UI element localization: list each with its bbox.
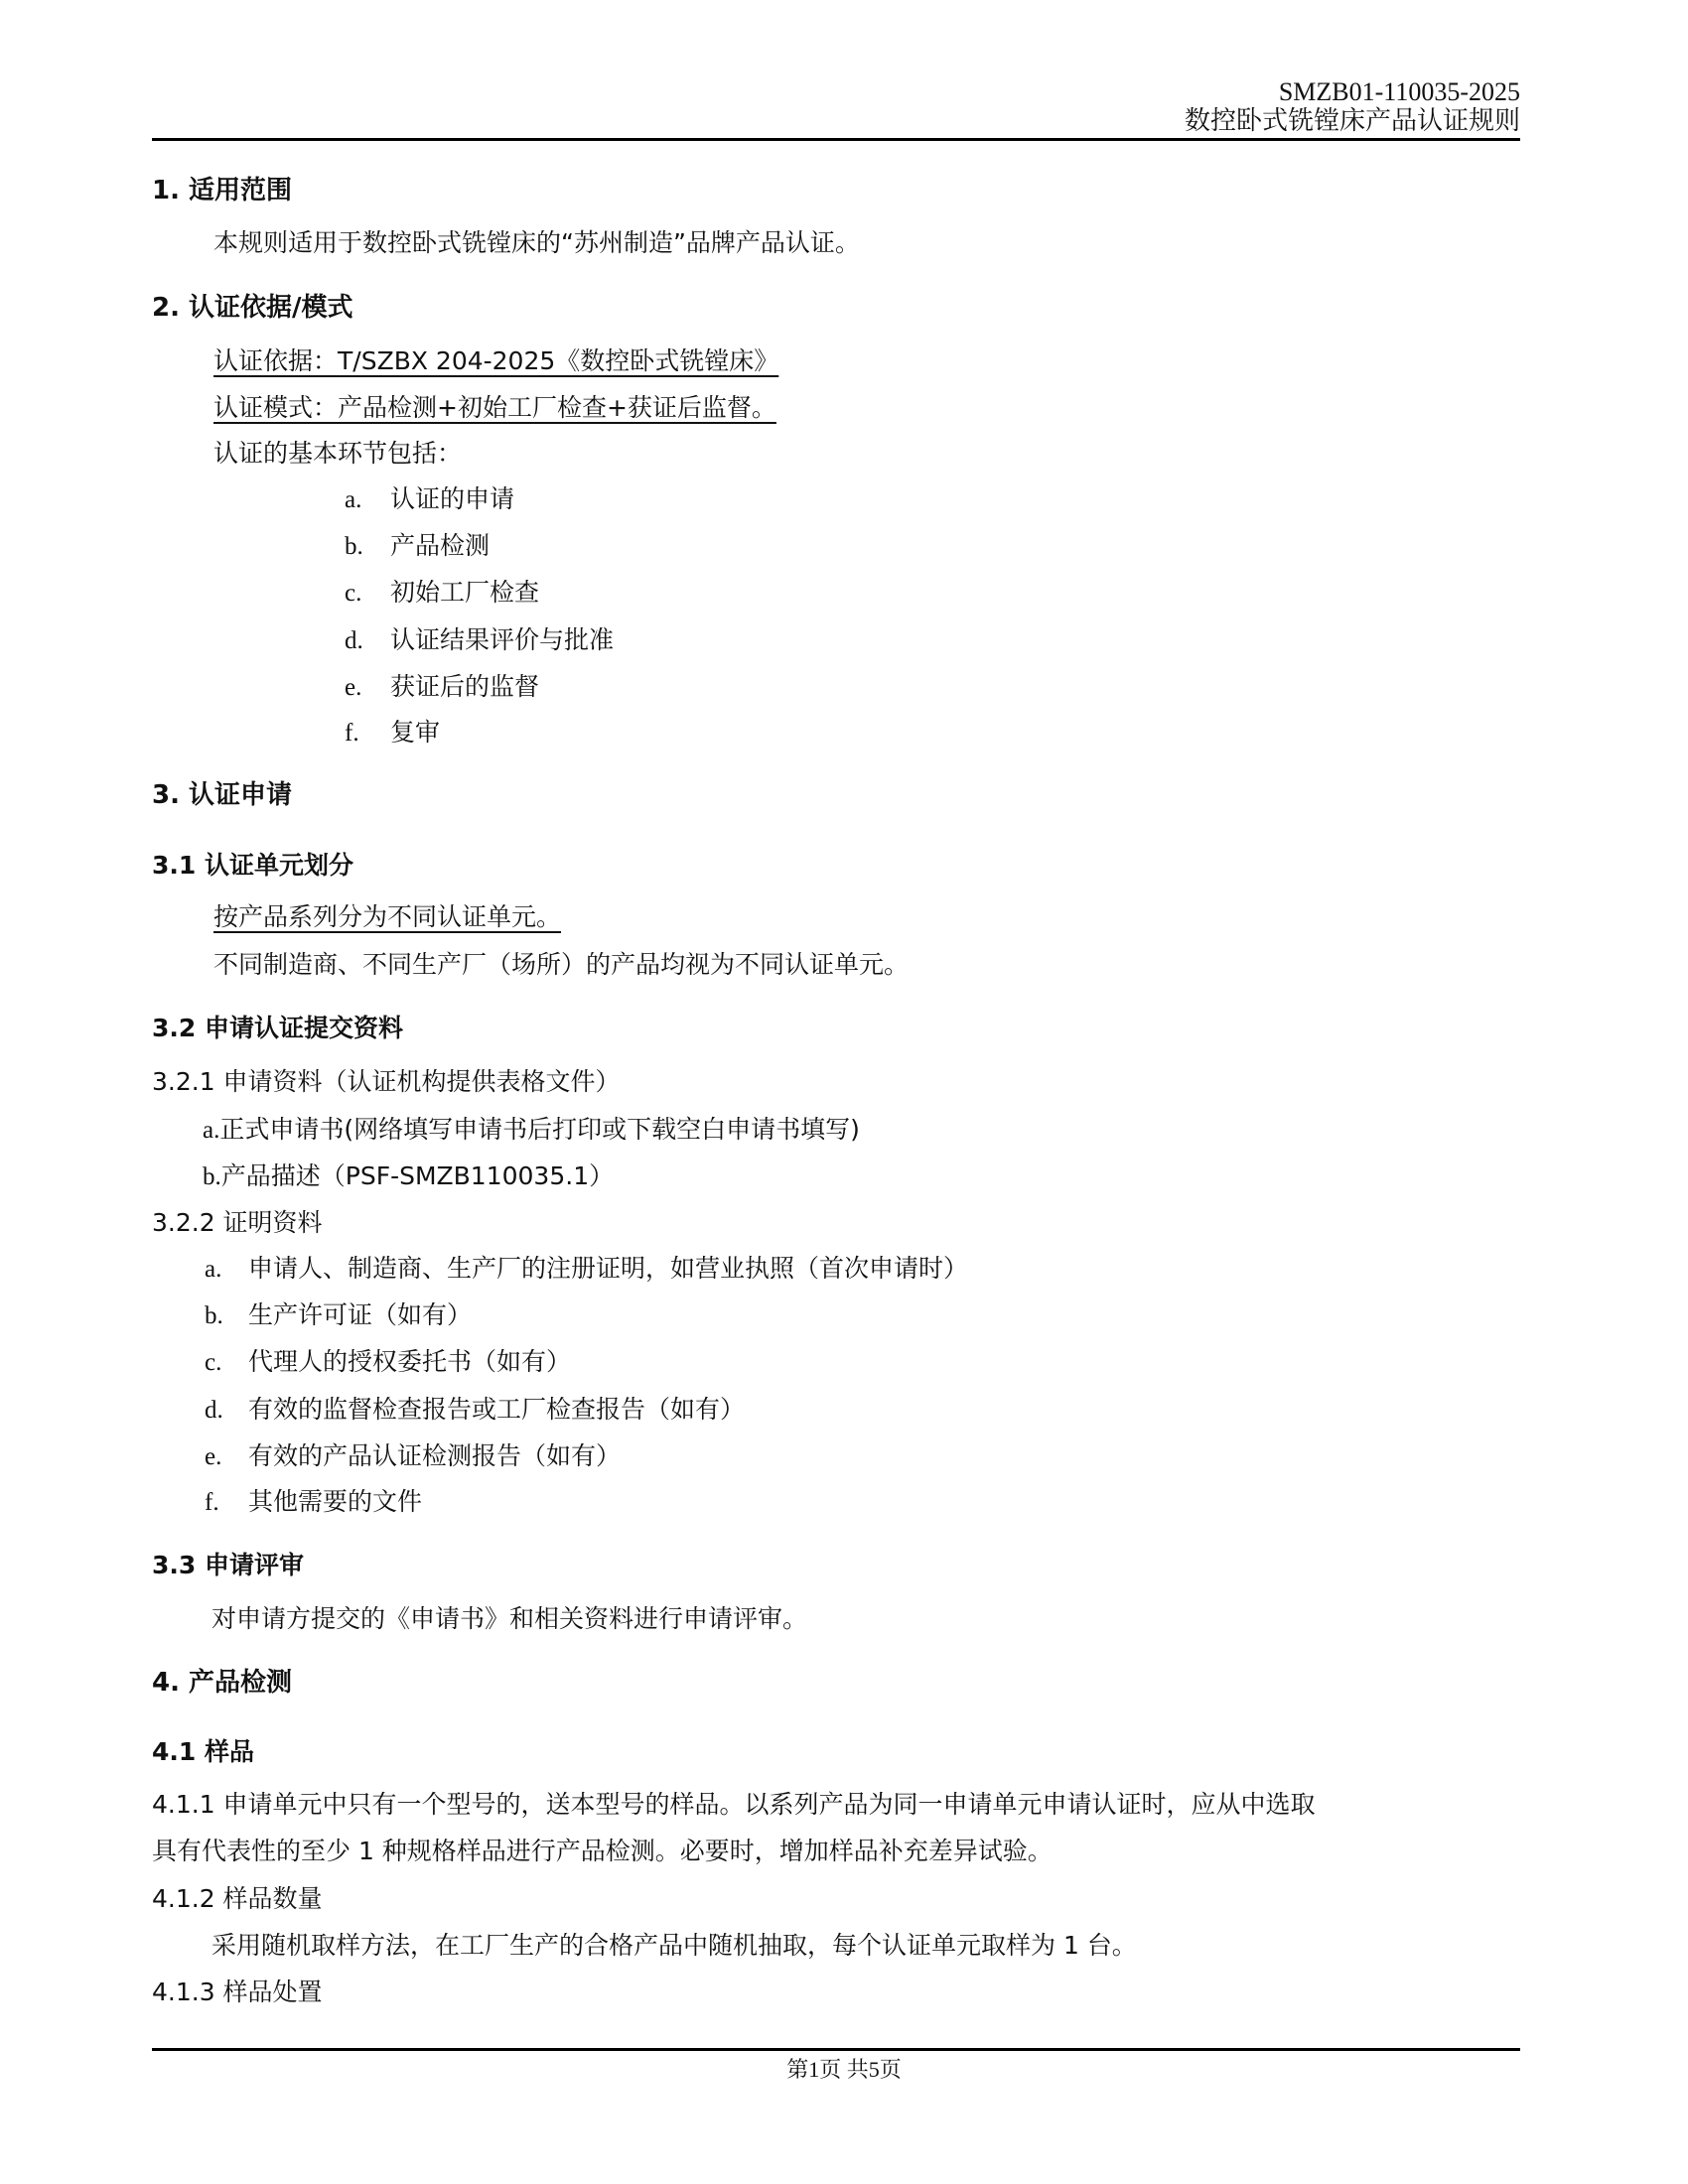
header-rule: [152, 138, 1520, 141]
section-3-3-heading: 3.3 申请评审: [152, 1553, 304, 1577]
section-1-paragraph: 本规则适用于数控卧式铣镗床的“苏州制造”品牌产品认证。: [213, 230, 860, 255]
document-code: SMZB01-110035-2025: [1279, 79, 1520, 105]
clause-4-1-3-heading: 4.1.3 样品处置: [152, 1979, 323, 2004]
clause-4-1-1-line-2: 具有代表性的至少 1 种规格样品进行产品检测。必要时，增加样品补充差异试验。: [152, 1839, 1053, 1863]
application-doc-item: a.正式申请书(网络填写申请书后打印或下载空白申请书填写): [203, 1117, 860, 1143]
proof-doc-item: a.申请人、制造商、生产厂的注册证明，如营业执照（首次申请时）: [205, 1256, 968, 1282]
certification-mode: 认证模式：产品检测+初始工厂检查+获证后监督。: [213, 395, 776, 420]
proof-doc-item: d.有效的监督检查报告或工厂检查报告（如有）: [205, 1397, 745, 1423]
section-4-1-heading: 4.1 样品: [152, 1739, 254, 1764]
section-3-1-para-1: 按产品系列分为不同认证单元。: [213, 904, 561, 929]
step-item: a.认证的申请: [345, 486, 514, 512]
page-number: 第1页 共5页: [0, 2059, 1688, 2081]
step-item: e.获证后的监督: [345, 674, 539, 700]
proof-doc-item: f.其他需要的文件: [205, 1489, 422, 1515]
section-2-heading: 2. 认证依据/模式: [152, 295, 353, 321]
clause-4-1-1-line-1: 4.1.1 申请单元中只有一个型号的，送本型号的样品。以系列产品为同一申请单元申…: [152, 1792, 1316, 1817]
section-3-2-heading: 3.2 申请认证提交资料: [152, 1016, 403, 1040]
step-item: d.认证结果评价与批准: [345, 627, 614, 653]
proof-doc-item: e.有效的产品认证检测报告（如有）: [205, 1443, 621, 1469]
section-3-1-para-2: 不同制造商、不同生产厂（场所）的产品均视为不同认证单元。: [213, 952, 909, 977]
footer-rule: [152, 2048, 1520, 2051]
section-3-2-2-heading: 3.2.2 证明资料: [152, 1210, 323, 1235]
proof-doc-item: b.生产许可证（如有）: [205, 1302, 472, 1328]
proof-doc-item: c.代理人的授权委托书（如有）: [205, 1349, 571, 1375]
section-3-2-1-heading: 3.2.1 申请资料（认证机构提供表格文件）: [152, 1069, 621, 1094]
certification-basis: 认证依据：T/SZBX 204-2025《数控卧式铣镗床》: [213, 348, 778, 373]
clause-4-1-2-paragraph: 采用随机取样方法，在工厂生产的合格产品中随机抽取，每个认证单元取样为 1 台。: [211, 1933, 1137, 1958]
step-item: f.复审: [345, 720, 440, 746]
step-item: b.产品检测: [345, 533, 490, 559]
section-3-1-heading: 3.1 认证单元划分: [152, 853, 353, 878]
section-4-heading: 4. 产品检测: [152, 1670, 292, 1696]
clause-4-1-2-heading: 4.1.2 样品数量: [152, 1886, 323, 1911]
section-1-heading: 1. 适用范围: [152, 178, 292, 204]
section-3-heading: 3. 认证申请: [152, 782, 292, 808]
application-doc-item: b.产品描述（PSF-SMZB110035.1）: [203, 1163, 614, 1189]
basic-steps-intro: 认证的基本环节包括：: [213, 441, 462, 466]
section-3-3-paragraph: 对申请方提交的《申请书》和相关资料进行申请评审。: [211, 1606, 807, 1631]
step-item: c.初始工厂检查: [345, 580, 539, 606]
document-title: 数控卧式铣镗床产品认证规则: [1185, 108, 1520, 134]
